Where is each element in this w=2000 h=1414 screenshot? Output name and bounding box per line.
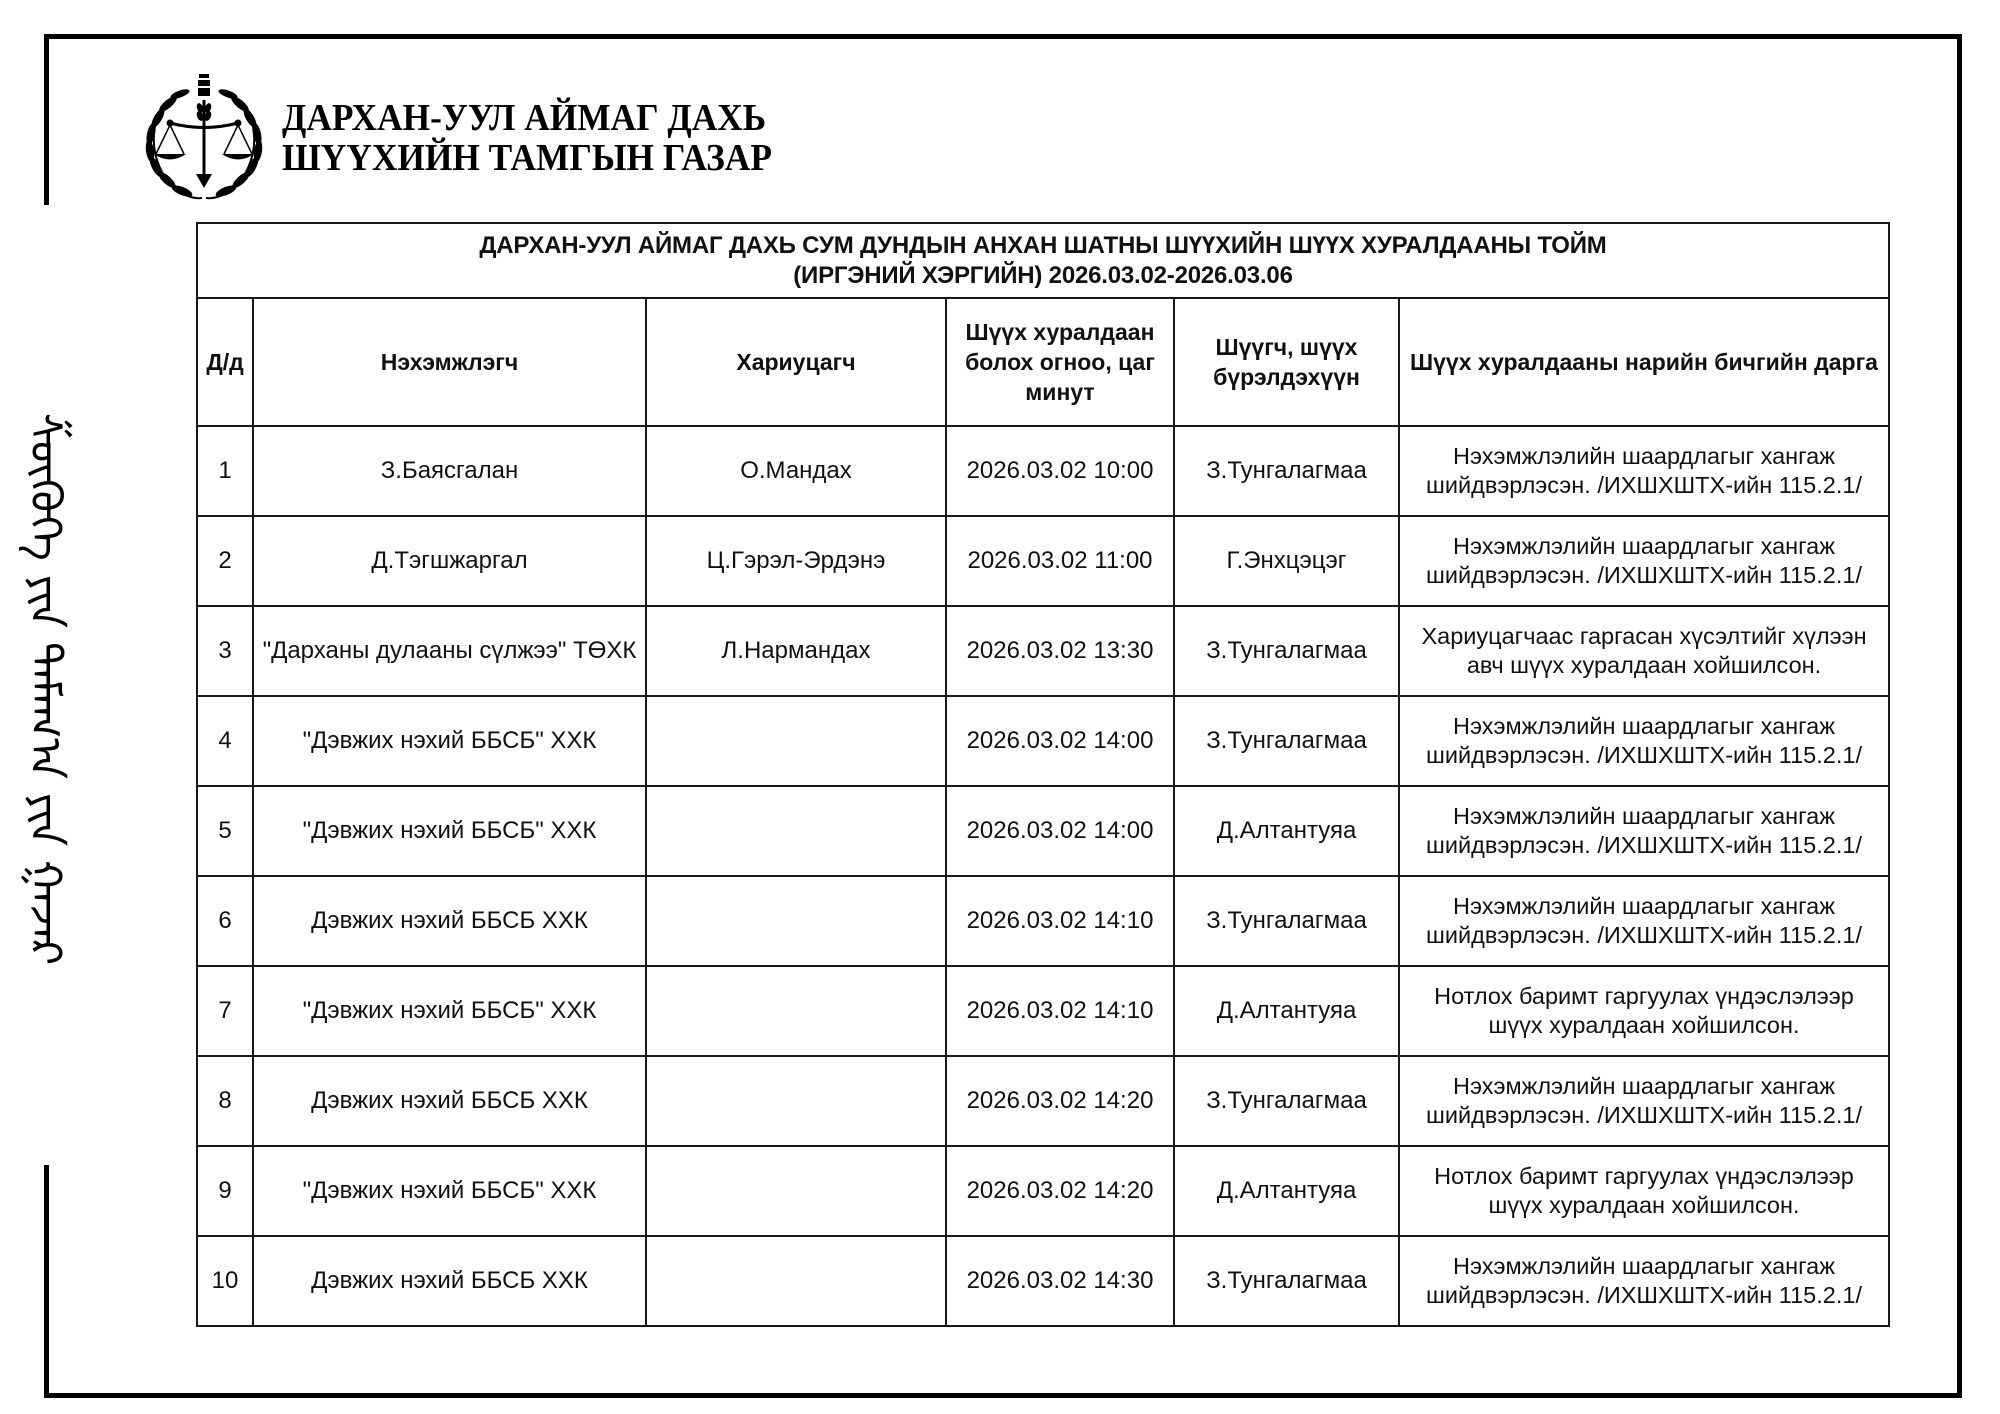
judge-cell: Д.Алтантуяа [1174,966,1399,1056]
defendant-cell [646,1146,946,1236]
column-header-note: Шүүх хуралдааны нарийн бичгийн дарга [1399,298,1889,426]
plaintiff-cell: З.Баясгалан [253,426,646,516]
judge-cell: З.Тунгалагмаа [1174,606,1399,696]
table-row: 2Д.ТэгшжаргалЦ.Гэрэл-Эрдэнэ2026.03.02 11… [197,516,1889,606]
datetime-cell: 2026.03.02 13:30 [946,606,1174,696]
table-row: 3"Дарханы дулааны сүлжээ" ТӨХКЛ.Нарманда… [197,606,1889,696]
row-number: 8 [197,1056,253,1146]
row-number: 1 [197,426,253,516]
judge-cell: З.Тунгалагмаа [1174,1056,1399,1146]
court-hearing-schedule-table: ДАРХАН-УУЛ АЙМАГ ДАХЬ СУМ ДУНДЫН АНХАН Ш… [196,222,1890,1327]
plaintiff-cell: Д.Тэгшжаргал [253,516,646,606]
datetime-cell: 2026.03.02 14:30 [946,1236,1174,1326]
defendant-cell: Ц.Гэрэл-Эрдэнэ [646,516,946,606]
plaintiff-cell: Дэвжих нэхий ББСБ ХХК [253,1236,646,1326]
column-header-datetime: Шүүх хуралдаан болох огноо, цаг минут [946,298,1174,426]
datetime-cell: 2026.03.02 14:00 [946,696,1174,786]
table-row: 5"Дэвжих нэхий ББСБ" ХХК2026.03.02 14:00… [197,786,1889,876]
plaintiff-cell: "Дэвжих нэхий ББСБ" ХХК [253,696,646,786]
defendant-cell: О.Мандах [646,426,946,516]
defendant-cell [646,966,946,1056]
column-header-judge: Шүүгч, шүүх бүрэлдэхүүн [1174,298,1399,426]
defendant-cell [646,696,946,786]
note-cell: Нэхэмжлэлийн шаардлагыг хангаж шийдвэрлэ… [1399,786,1889,876]
row-number: 7 [197,966,253,1056]
plaintiff-cell: "Дэвжих нэхий ББСБ" ХХК [253,966,646,1056]
table-row: 1З.БаясгаланО.Мандах2026.03.02 10:00З.Ту… [197,426,1889,516]
note-cell: Нотлох баримт гаргуулах үндэслэлээр шүүх… [1399,966,1889,1056]
table-row: 8Дэвжих нэхий ББСБ ХХК2026.03.02 14:20З.… [197,1056,1889,1146]
plaintiff-cell: Дэвжих нэхий ББСБ ХХК [253,876,646,966]
court-emblem-icon [138,70,270,206]
column-header-defendant: Хариуцагч [646,298,946,426]
motto-text: ᠱᠦᠭᠦᠬᠡ ᠶᠢᠨ ᠲᠠᠮᠠᠭ᠎ᠠ ᠶᠢᠨ ᠭᠠᠵᠠᠷ [7,413,84,965]
vertical-mongolian-script-motto: ᠱᠦᠭᠦᠬᠡ ᠶᠢᠨ ᠲᠠᠮᠠᠭ᠎ᠠ ᠶᠢᠨ ᠭᠠᠵᠠᠷ [10,214,80,1164]
table-row: 7"Дэвжих нэхий ББСБ" ХХК2026.03.02 14:10… [197,966,1889,1056]
datetime-cell: 2026.03.02 14:10 [946,876,1174,966]
judge-cell: З.Тунгалагмаа [1174,1236,1399,1326]
row-number: 2 [197,516,253,606]
note-cell: Нэхэмжлэлийн шаардлагыг хангаж шийдвэрлэ… [1399,516,1889,606]
table-row: 9"Дэвжих нэхий ББСБ" ХХК2026.03.02 14:20… [197,1146,1889,1236]
row-number: 6 [197,876,253,966]
row-number: 5 [197,786,253,876]
table-row: 4"Дэвжих нэхий ББСБ" ХХК2026.03.02 14:00… [197,696,1889,786]
note-cell: Нэхэмжлэлийн шаардлагыг хангаж шийдвэрлэ… [1399,426,1889,516]
note-cell: Нэхэмжлэлийн шаардлагыг хангаж шийдвэрлэ… [1399,1236,1889,1326]
judge-cell: Г.Энхцэцэг [1174,516,1399,606]
datetime-cell: 2026.03.02 14:00 [946,786,1174,876]
table-title: ДАРХАН-УУЛ АЙМАГ ДАХЬ СУМ ДУНДЫН АНХАН Ш… [197,223,1889,298]
organization-title: ДАРХАН-УУЛ АЙМАГ ДАХЬ ШҮҮХИЙН ТАМГЫН ГАЗ… [282,98,809,178]
row-number: 3 [197,606,253,696]
judge-cell: З.Тунгалагмаа [1174,876,1399,966]
judge-cell: Д.Алтантуяа [1174,1146,1399,1236]
note-cell: Нотлох баримт гаргуулах үндэслэлээр шүүх… [1399,1146,1889,1236]
organization-title-line1: ДАРХАН-УУЛ АЙМАГ ДАХЬ [282,98,772,138]
table-title-line2: (ИРГЭНИЙ ХЭРГИЙН) 2026.03.02-2026.03.06 [202,261,1884,291]
judge-cell: З.Тунгалагмаа [1174,696,1399,786]
row-number: 4 [197,696,253,786]
plaintiff-cell: "Дарханы дулааны сүлжээ" ТӨХК [253,606,646,696]
plaintiff-cell: Дэвжих нэхий ББСБ ХХК [253,1056,646,1146]
defendant-cell [646,1236,946,1326]
note-cell: Нэхэмжлэлийн шаардлагыг хангаж шийдвэрлэ… [1399,1056,1889,1146]
table-row: 10Дэвжих нэхий ББСБ ХХК2026.03.02 14:30З… [197,1236,1889,1326]
column-header-plaintiff: Нэхэмжлэгч [253,298,646,426]
table-row: 6Дэвжих нэхий ББСБ ХХК2026.03.02 14:10З.… [197,876,1889,966]
plaintiff-cell: "Дэвжих нэхий ББСБ" ХХК [253,786,646,876]
defendant-cell [646,786,946,876]
datetime-cell: 2026.03.02 10:00 [946,426,1174,516]
defendant-cell [646,876,946,966]
table-header-row: Д/д Нэхэмжлэгч Хариуцагч Шүүх хуралдаан … [197,298,1889,426]
column-header-number: Д/д [197,298,253,426]
judge-cell: Д.Алтантуяа [1174,786,1399,876]
note-cell: Нэхэмжлэлийн шаардлагыг хангаж шийдвэрлэ… [1399,696,1889,786]
note-cell: Хариуцагчаас гаргасан хүсэлтийг хүлээн а… [1399,606,1889,696]
row-number: 10 [197,1236,253,1326]
datetime-cell: 2026.03.02 14:20 [946,1056,1174,1146]
plaintiff-cell: "Дэвжих нэхий ББСБ" ХХК [253,1146,646,1236]
judge-cell: З.Тунгалагмаа [1174,426,1399,516]
defendant-cell: Л.Нармандах [646,606,946,696]
datetime-cell: 2026.03.02 14:20 [946,1146,1174,1236]
datetime-cell: 2026.03.02 14:10 [946,966,1174,1056]
datetime-cell: 2026.03.02 11:00 [946,516,1174,606]
defendant-cell [646,1056,946,1146]
row-number: 9 [197,1146,253,1236]
organization-title-line2: ШҮҮХИЙН ТАМГЫН ГАЗАР [282,138,772,178]
table-title-line1: ДАРХАН-УУЛ АЙМАГ ДАХЬ СУМ ДУНДЫН АНХАН Ш… [202,231,1884,261]
note-cell: Нэхэмжлэлийн шаардлагыг хангаж шийдвэрлэ… [1399,876,1889,966]
